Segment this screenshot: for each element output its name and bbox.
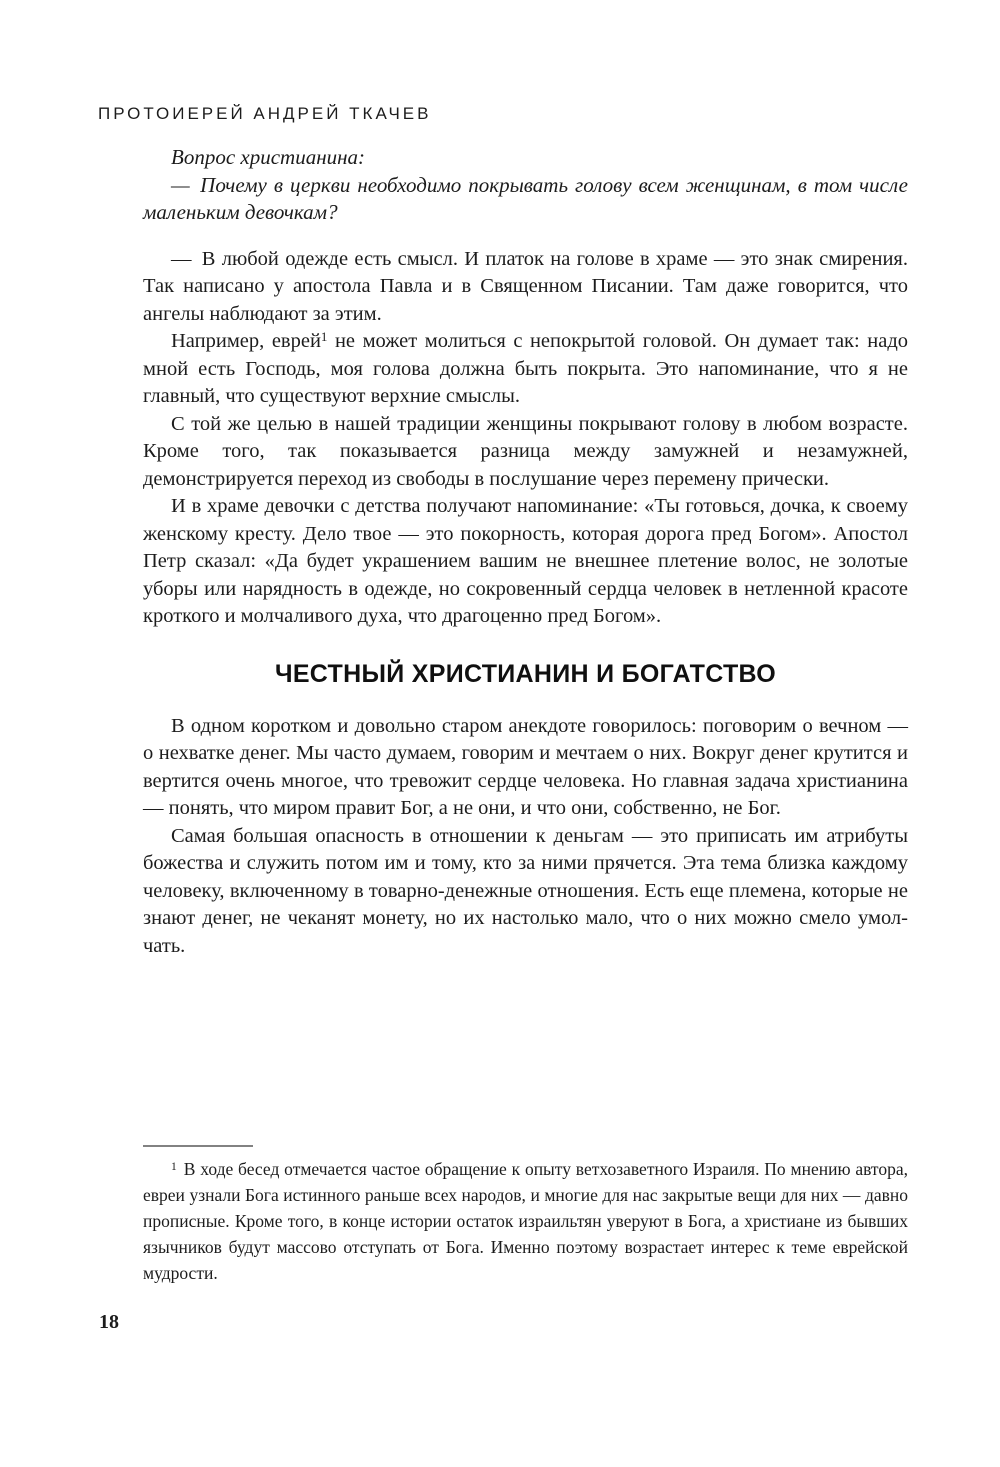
para-jew-prayer-text-before: Например, еврей bbox=[171, 330, 321, 352]
para-answer-clothing: — В любой одежде есть смысл. И платок на… bbox=[143, 246, 908, 329]
dialogue-question: — Почему в церкви необходимо покрывать г… bbox=[143, 172, 908, 227]
book-page: ПРОТОИЕРЕЙ АНДРЕЙ ТКАЧЕВ Вопрос христиан… bbox=[0, 0, 1000, 1467]
footnote-body: В ходе бесед отмечается частое обращение… bbox=[143, 1159, 908, 1283]
section-heading-wealth: ЧЕСТНЫЙ ХРИСТИАНИН И БОГАТСТВО bbox=[143, 658, 908, 690]
footnote-area: 1В ходе бесед отмечается частое обращени… bbox=[143, 1145, 908, 1286]
dialogue-question-label: Вопрос христианина: bbox=[143, 144, 908, 172]
para-tradition: С той же целью в нашей традиции женщины … bbox=[143, 411, 908, 494]
para-jew-prayer: Например, еврей1 не может молиться с неп… bbox=[143, 328, 908, 411]
running-header: ПРОТОИЕРЕЙ АНДРЕЙ ТКАЧЕВ bbox=[98, 104, 431, 124]
page-number: 18 bbox=[99, 1311, 119, 1334]
para-anecdote-money: В одном коротком и довольно старом анекд… bbox=[143, 713, 908, 823]
footnote-separator-rule bbox=[143, 1145, 253, 1147]
main-text-block: Вопрос христианина: — Почему в церкви не… bbox=[143, 144, 908, 960]
para-temple-girls: И в храме девочки с детства получают нап… bbox=[143, 493, 908, 631]
footnote-text: 1В ходе бесед отмечается частое обращени… bbox=[143, 1156, 908, 1286]
dialogue-intro: Вопрос христианина: — Почему в церкви не… bbox=[143, 144, 908, 227]
para-money-danger: Самая большая опасность в отношении к де… bbox=[143, 823, 908, 961]
footnote-marker: 1 bbox=[171, 1161, 177, 1173]
